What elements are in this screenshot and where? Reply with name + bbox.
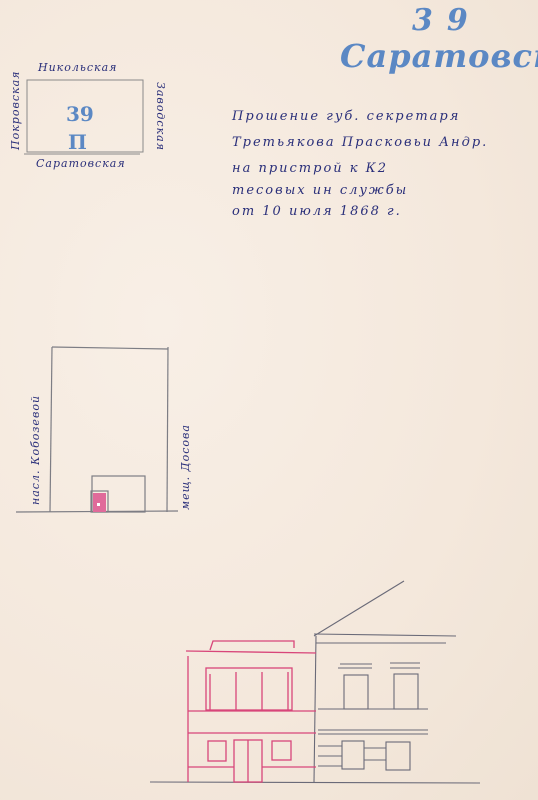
facade-existing xyxy=(150,581,480,783)
facade-new xyxy=(186,641,316,782)
lot-plan xyxy=(16,347,178,512)
pencil-drawings xyxy=(0,0,538,800)
site-plan xyxy=(24,80,143,154)
lot-plan-new-structure xyxy=(93,493,106,512)
